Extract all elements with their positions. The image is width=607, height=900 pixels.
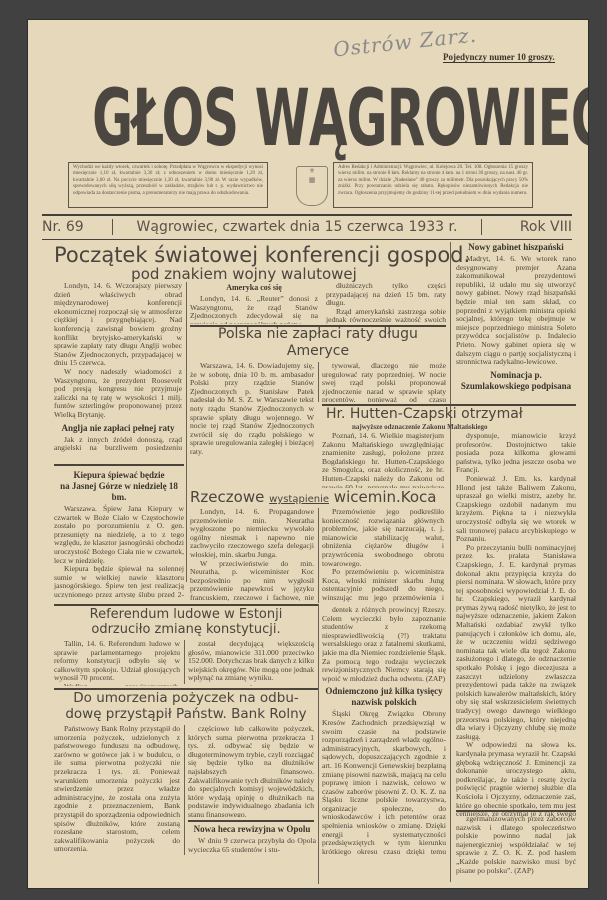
town-crest-icon: ⚜▦ xyxy=(296,166,328,206)
spain-headline: Nowy gabinet hiszpański xyxy=(456,242,576,253)
szumlakowski-headline: Nominacja p. Szumlakowskiego podpisana xyxy=(456,370,576,392)
issue-year: Rok VIII xyxy=(482,219,572,235)
column-divider xyxy=(318,604,319,884)
conference-column-2: Ameryka coś się Londyn, 14. 6. „Reuter” … xyxy=(190,282,318,324)
dateline-top-rule xyxy=(42,214,572,216)
price-note: Pojedynczy numer 10 groszy. xyxy=(443,52,555,63)
column-divider xyxy=(184,640,185,684)
hutten-column-2: dysponuje, mianowicie krzyż profesorów. … xyxy=(456,432,576,817)
hutten-headline: Hr. Hutten-Czapski otrzymał xyxy=(326,406,523,422)
issue-number: Nr. 69 xyxy=(42,219,113,235)
conference-column-1: Londyn, 14. 6. Wczorajszy pierwszy dzień… xyxy=(54,282,182,452)
hutten-column-1: Poznań, 14. 6. Wielkie magisterjum Zakon… xyxy=(322,432,444,488)
column-divider xyxy=(186,282,187,582)
koc-column-2: Przemówienie jego podkreśliło koniecznoś… xyxy=(322,508,444,603)
hutten-subheadline: najwyższe odznaczenie Zakonu Maltańskieg… xyxy=(352,423,532,432)
section-rule xyxy=(456,810,576,812)
bank-column-1: Państwowy Bank Rolny przystąpił do umorz… xyxy=(54,725,180,855)
dateline: Nr. 69 Wągrowiec, czwartek dnia 15 czerw… xyxy=(42,217,572,237)
koc-column-1: Londyn, 14. 6. Propagandowe przemówienie… xyxy=(190,508,314,603)
germans-column-end: zgermanizowanych przez zaborców nazwisk … xyxy=(456,815,576,875)
bank-column-2: częściowe lub całkowite pożyczek, któryc… xyxy=(188,725,314,817)
koc-headline: Rzeczowe wystąpienie wicemin.Koca xyxy=(190,488,436,506)
poland-debt-headline: Polska nie zapłaci raty długu Ameryce xyxy=(190,326,446,360)
bank-headline: Do umorzenia pożyczek na odbu- dowę przy… xyxy=(54,690,318,722)
column-divider xyxy=(184,725,185,855)
masthead-title: GŁOS WĄGROWIECKI xyxy=(92,72,536,164)
kiepura-article: Kiepura śpiewać będzie na Jasnej Górze w… xyxy=(54,470,184,598)
issue-date: Wągrowiec, czwartek dnia 15 czerwca 1933… xyxy=(113,219,482,235)
estonia-column-2: został decydującą większością głosów, mi… xyxy=(188,640,314,686)
spain-article: Nowy gabinet hiszpański Madryt, 14. 6. W… xyxy=(456,242,576,392)
newspaper-page: Ostrów Zarz. Pojedynczy numer 10 groszy.… xyxy=(28,20,588,888)
editorial-info: Adres Redakcji i Administracji: Wągrowie… xyxy=(333,162,533,208)
subscription-info: Wychodzi we każdy wtorek, czwartek i sob… xyxy=(68,162,268,208)
conference-subhead-anglja: Anglja nie zapłaci pełnej raty xyxy=(54,423,182,434)
section-rule xyxy=(54,464,184,466)
conference-subheadline: pod znakiem wojny walutowej xyxy=(54,265,434,283)
conference-headline: Początek światowej konferencji gospod. xyxy=(54,243,470,267)
section-rule xyxy=(188,820,314,822)
poland-debt-column-2: tywował, dlaczego nie może uregulować ra… xyxy=(322,362,446,402)
column-divider xyxy=(318,362,319,402)
germans-headline: Odniemczono już kilka tysięcy nazwisk po… xyxy=(322,686,446,708)
opole-article: Nowa heca rewizyjna w Opolu W dniu 9 cze… xyxy=(188,824,316,858)
estonia-column-1: Tallin, 14. 6. Referendum ludowe w spraw… xyxy=(54,640,180,686)
dateline-bottom-rule xyxy=(42,239,572,240)
estonia-headline: Referendum ludowe w Estonji odrzuciło zm… xyxy=(54,607,318,637)
section-rule xyxy=(54,604,318,606)
poland-debt-column-1: Warszawa, 14. 6. Dowiadujemy się, że w s… xyxy=(190,362,314,458)
column-divider-right xyxy=(450,242,451,882)
germans-column: dentek z różnych prowincyj Rzeszy. Celem… xyxy=(322,606,446,856)
column-divider xyxy=(318,508,319,603)
conference-column-3: dłużniczych tylko części przypadającej n… xyxy=(326,282,446,324)
